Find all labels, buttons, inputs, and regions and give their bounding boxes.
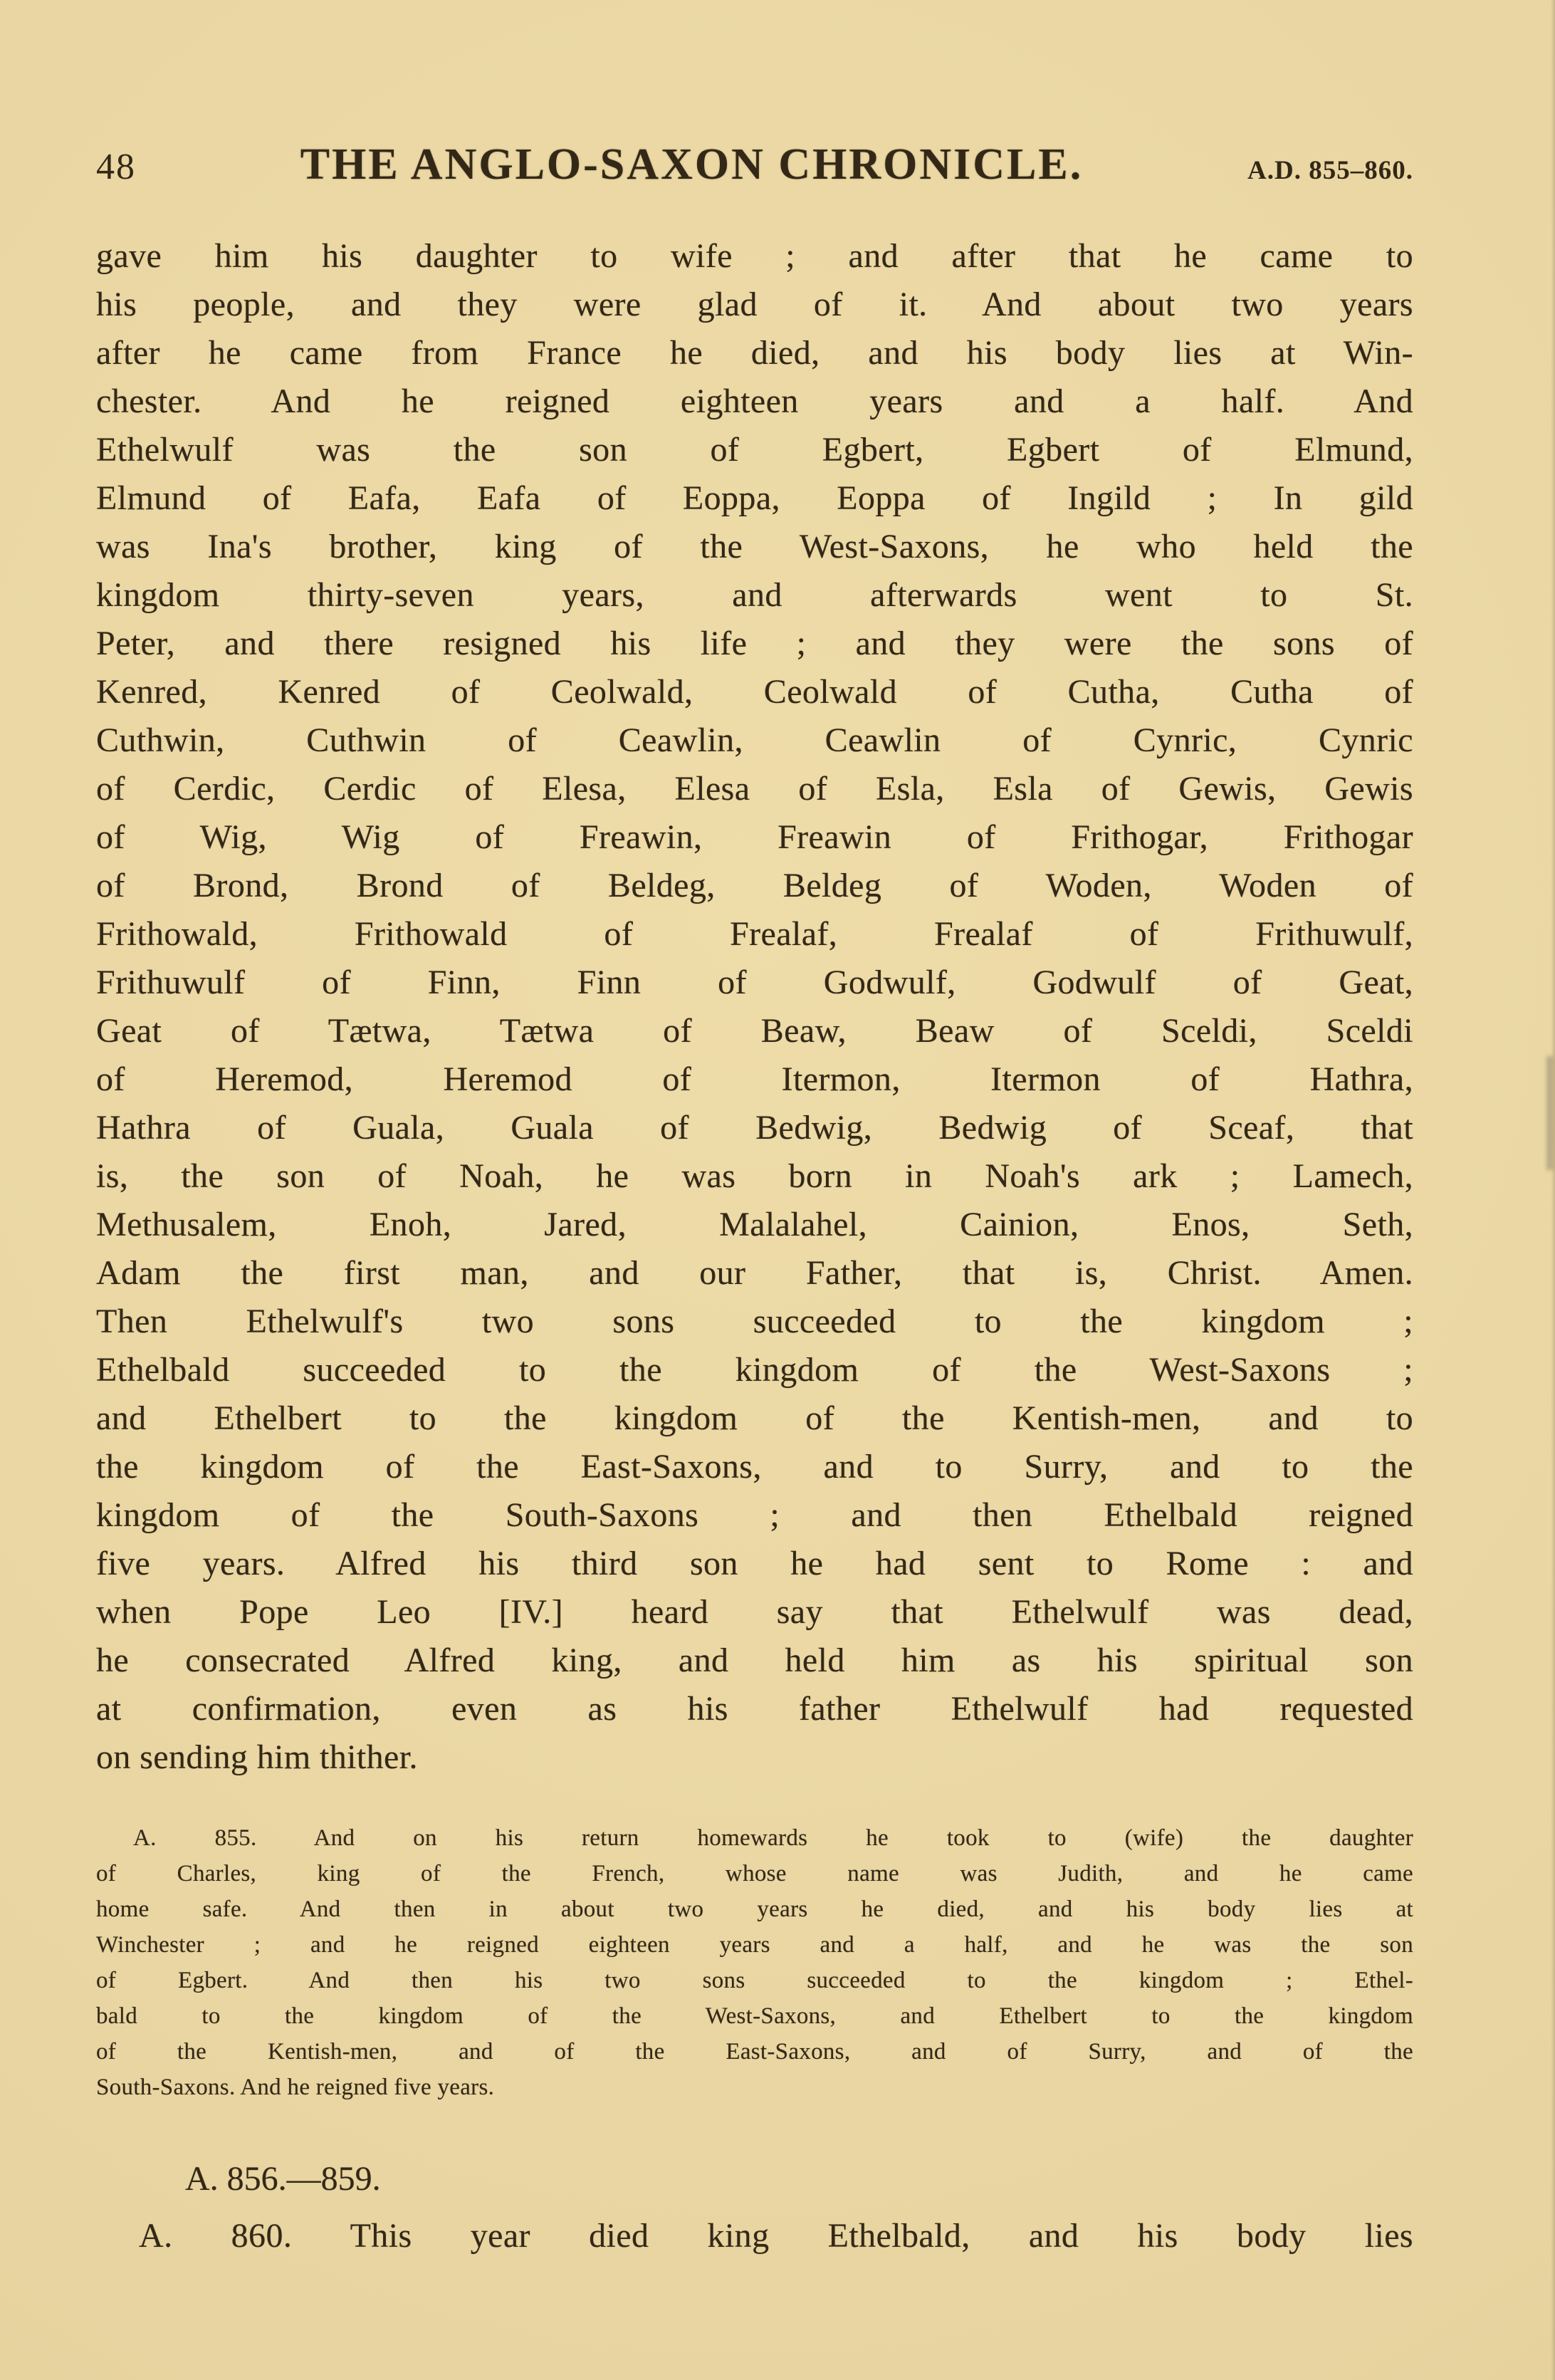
text-line: of Cerdic, Cerdic of Elesa, Elesa of Esl… <box>96 765 1413 813</box>
running-header: 48 THE ANGLO-SAXON CHRONICLE. A.D. 855–8… <box>96 140 1413 190</box>
chronicle-main-paragraph: gave him his daughter to wife ; and afte… <box>96 232 1413 1782</box>
page-number: 48 <box>96 146 136 188</box>
scan-page-edge-shadow <box>1551 0 1555 2380</box>
text-line: after he came from France he died, and h… <box>96 329 1413 377</box>
page-title: THE ANGLO-SAXON CHRONICLE. <box>136 140 1247 190</box>
text-line: of Charles, king of the French, whose na… <box>96 1856 1413 1891</box>
text-line: bald to the kingdom of the West-Saxons, … <box>96 1998 1413 2034</box>
text-line: chester. And he reigned eighteen years a… <box>96 377 1413 426</box>
text-line: A. 855. And on his return homewards he t… <box>96 1820 1413 1856</box>
text-line: on sending him thither. <box>96 1733 1413 1782</box>
text-line: Adam the first man, and our Father, that… <box>96 1249 1413 1298</box>
text-line: when Pope Leo [IV.] heard say that Ethel… <box>96 1588 1413 1637</box>
annal-856-859-heading: A. 856.—859. <box>96 2155 1502 2203</box>
text-line: the kingdom of the East-Saxons, and to S… <box>96 1443 1413 1491</box>
text-line: Winchester ; and he reigned eighteen yea… <box>96 1927 1413 1963</box>
text-line: kingdom thirty-seven years, and afterwar… <box>96 571 1413 620</box>
annal-860-paragraph: A. 860. This year died king Ethelbald, a… <box>96 2212 1413 2260</box>
text-line: Kenred, Kenred of Ceolwald, Ceolwald of … <box>96 668 1413 716</box>
text-line: home safe. And then in about two years h… <box>96 1891 1413 1927</box>
text-line: of Egbert. And then his two sons succeed… <box>96 1963 1413 1998</box>
text-line: Frithuwulf of Finn, Finn of Godwulf, God… <box>96 959 1413 1007</box>
text-line: kingdom of the South-Saxons ; and then E… <box>96 1491 1413 1540</box>
text-line: Cuthwin, Cuthwin of Ceawlin, Ceawlin of … <box>96 716 1413 765</box>
text-line: at confirmation, even as his father Ethe… <box>96 1685 1413 1733</box>
text-line: Ethelwulf was the son of Egbert, Egbert … <box>96 426 1413 474</box>
text-line: Frithowald, Frithowald of Frealaf, Freal… <box>96 910 1413 959</box>
text-line: was Ina's brother, king of the West-Saxo… <box>96 523 1413 571</box>
text-line: Elmund of Eafa, Eafa of Eoppa, Eoppa of … <box>96 474 1413 523</box>
text-line: Peter, and there resigned his life ; and… <box>96 620 1413 668</box>
text-line: of Heremod, Heremod of Itermon, Itermon … <box>96 1055 1413 1104</box>
text-line: Then Ethelwulf's two sons succeeded to t… <box>96 1298 1413 1346</box>
text-line: Geat of Tætwa, Tætwa of Beaw, Beaw of Sc… <box>96 1007 1413 1055</box>
text-line: of the Kentish-men, and of the East-Saxo… <box>96 2034 1413 2070</box>
text-line: five years. Alfred his third son he had … <box>96 1540 1413 1588</box>
text-line: is, the son of Noah, he was born in Noah… <box>96 1152 1413 1201</box>
text-line: Ethelbald succeeded to the kingdom of th… <box>96 1346 1413 1394</box>
text-line: he consecrated Alfred king, and held him… <box>96 1637 1413 1685</box>
text-line: gave him his daughter to wife ; and afte… <box>96 232 1413 281</box>
text-line: his people, and they were glad of it. An… <box>96 281 1413 329</box>
text-line: of Wig, Wig of Freawin, Freawin of Frith… <box>96 813 1413 862</box>
header-date-range: A.D. 855–860. <box>1247 155 1413 186</box>
text-line: of Brond, Brond of Beldeg, Beldeg of Wod… <box>96 862 1413 910</box>
text-line: and Ethelbert to the kingdom of the Kent… <box>96 1394 1413 1443</box>
scanned-book-page: 48 THE ANGLO-SAXON CHRONICLE. A.D. 855–8… <box>0 0 1555 2380</box>
text-line: South-Saxons. And he reigned five years. <box>96 2070 1413 2105</box>
text-line: Methusalem, Enoh, Jared, Malalahel, Cain… <box>96 1201 1413 1249</box>
annal-855-paragraph: A. 855. And on his return homewards he t… <box>96 1820 1413 2105</box>
text-line: Hathra of Guala, Guala of Bedwig, Bedwig… <box>96 1104 1413 1152</box>
